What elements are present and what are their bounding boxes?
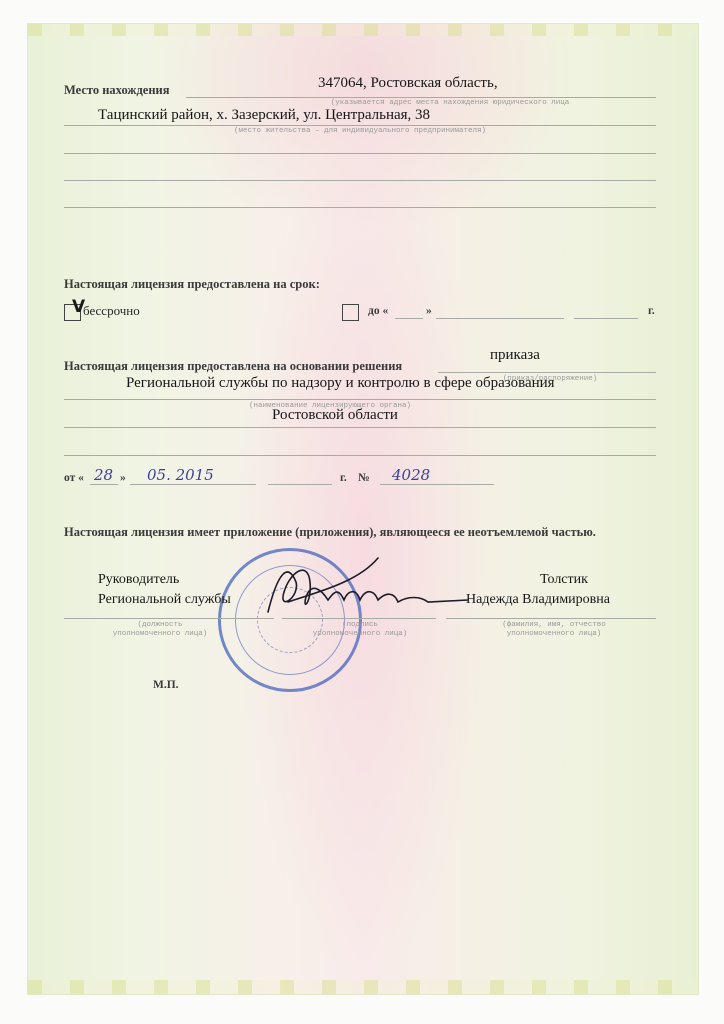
date-prefix: от «: [64, 472, 84, 484]
authority-line-1: Региональной службы по надзору и контрол…: [126, 375, 555, 392]
location-label: Место нахождения: [64, 83, 170, 98]
blank-line-3: [64, 207, 656, 208]
appendix-note: Настоящая лицензия имеет приложение (при…: [64, 525, 596, 540]
signature-hint: (подпись уполномоченного лица): [300, 621, 420, 639]
until-date-checkbox[interactable]: [342, 304, 359, 321]
location-address-line-2: Тацинский район, х. Зазерский, ул. Центр…: [98, 107, 430, 124]
decision-type: приказа: [490, 347, 540, 364]
authority-line-rule-2: [64, 427, 656, 428]
basis-label: Настоящая лицензия предоставлена на осно…: [64, 359, 402, 374]
until-day-line: [395, 318, 423, 319]
location-hint-2: (место жительства – для индивидуального …: [210, 127, 510, 136]
license-sheet: [27, 23, 699, 995]
position-hint: (должность уполномоченного лица): [100, 621, 220, 639]
until-year-line: [574, 318, 638, 319]
date-year-suffix: г.: [340, 472, 347, 484]
name-hint: (фамилия, имя, отчество уполномоченного …: [484, 621, 624, 639]
signatory-given-names: Надежда Владимировна: [466, 592, 610, 608]
until-month-line: [436, 318, 564, 319]
date-month-line: [130, 484, 256, 485]
blank-line-2: [64, 180, 656, 181]
date-day-close: »: [120, 472, 126, 484]
position-line: [64, 618, 274, 619]
signature-scribble: [248, 552, 478, 622]
license-number: 4028: [392, 466, 430, 484]
decision-type-line: [438, 372, 656, 373]
date-day-line: [90, 484, 118, 485]
until-year-suffix: г.: [648, 305, 655, 317]
until-label: до «: [368, 305, 388, 317]
blank-line-4: [64, 455, 656, 456]
location-address-line-1: 347064, Ростовская область,: [318, 75, 498, 92]
position-line-1: Руководитель: [98, 572, 179, 588]
date-day: 28: [94, 466, 113, 484]
indefinite-label: бессрочно: [83, 303, 140, 319]
number-line: [380, 484, 494, 485]
date-month-year: 05. 2015: [147, 466, 214, 484]
location-line-1: [186, 97, 656, 98]
number-label: №: [358, 472, 370, 484]
seal-place-label: М.П.: [153, 679, 179, 691]
authority-line-2: Ростовской области: [272, 407, 398, 424]
location-line-2: [64, 125, 656, 126]
authority-line-rule-1: [64, 399, 656, 400]
term-label: Настоящая лицензия предоставлена на срок…: [64, 277, 320, 292]
signatory-surname: Толстик: [540, 572, 588, 588]
position-line-2: Региональной службы: [98, 592, 231, 608]
date-year-line: [268, 484, 332, 485]
until-close-quote: »: [426, 305, 432, 317]
blank-line-1: [64, 153, 656, 154]
